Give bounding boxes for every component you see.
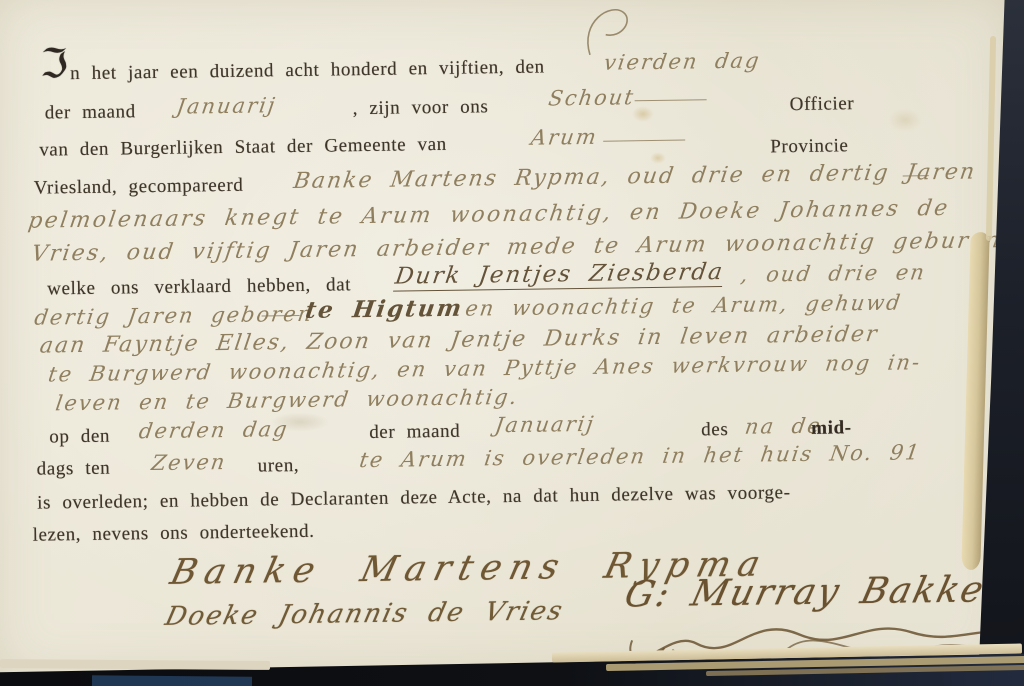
printed-text: welke ons verklaard hebben, dat (47, 274, 351, 300)
handwritten-entry: Arum (529, 125, 599, 150)
printed-text: lezen, nevens ons onderteekend. (32, 521, 314, 547)
handwritten-entry: Zeven (150, 450, 228, 475)
ink-dash (635, 99, 707, 101)
printed-text: op den (49, 426, 110, 449)
document-photo: ℑ n het jaar een duizend acht honderd en… (0, 0, 1024, 686)
printed-text: der maand (369, 421, 460, 444)
printed-text: Provincie (770, 135, 849, 158)
handwritten-entry: te Higtum (304, 295, 465, 324)
handwritten-entry: Schout (547, 85, 637, 110)
book-cover-blue (92, 675, 252, 686)
ornate-initial: ℑ (40, 44, 68, 84)
printed-text: dags ten (37, 458, 111, 481)
printed-text: uren, (258, 455, 300, 478)
handwritten-entry: Banke Martens Rypma, oud drie en dertig … (292, 159, 978, 194)
printed-text: Vriesland, gecompareerd (34, 175, 244, 200)
handwritten-entry: Januarij (175, 93, 278, 118)
ink-dash (603, 140, 685, 142)
handwritten-entry: leven en te Burgwerd woonachtig. (54, 385, 520, 416)
printed-text: des (701, 419, 728, 441)
ink-flourish-icon (581, 4, 640, 57)
handwritten-entry: vierden dag (602, 48, 762, 74)
handwritten-entry: te Arum is overleden in het huis No. 91 (358, 440, 923, 472)
signature-declarant-2: Doeke Johannis de Vries (162, 596, 567, 632)
printed-text: der maand (45, 101, 136, 124)
handwritten-entry: derden dag (137, 417, 290, 443)
printed-text: , zijn voor ons (353, 96, 489, 120)
handwritten-entry: Januarij (493, 412, 596, 437)
printed-text: van den Burgerlijken Staat der Gemeente … (39, 134, 447, 162)
record-text: ℑ n het jaar een duizend acht honderd en… (0, 0, 1024, 686)
printed-text: Officier (790, 93, 855, 116)
handwritten-entry: en woonachtig te Arum, gehuwd (464, 291, 904, 321)
handwritten-entry: pelmolenaars knegt te Arum woonachtig, e… (26, 196, 951, 234)
printed-text: mid- (811, 417, 852, 440)
printed-text: n het jaar een duizend acht honderd en v… (70, 57, 545, 86)
deceased-name: Durk Jentjes Ziesberda (393, 259, 726, 292)
page-stack-edge (0, 659, 270, 670)
printed-text: is overleden; en hebben de Declaranten d… (37, 482, 791, 515)
handwritten-entry: , oud drie en (739, 260, 927, 287)
